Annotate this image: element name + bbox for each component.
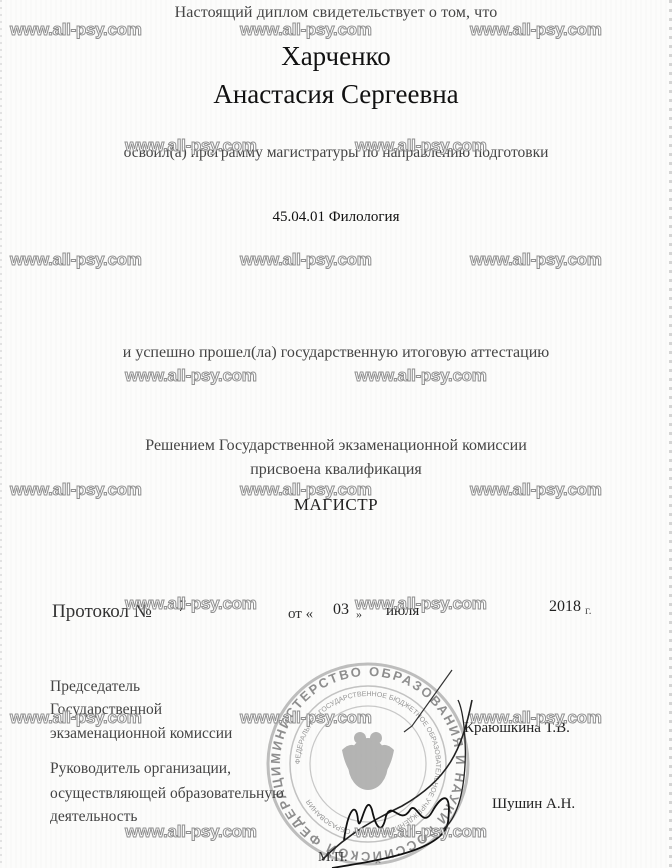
protocol-year-suffix: г.: [585, 603, 592, 618]
chair-title-line-1: Председатель: [50, 678, 140, 696]
watermark: www.all-psy.com: [355, 136, 487, 156]
watermark: www.all-psy.com: [125, 136, 257, 156]
seal-place-label: М.П.: [318, 850, 348, 866]
qualification-awarded-line: присвоена квалификация: [0, 461, 672, 479]
graduate-surname: Харченко: [0, 41, 672, 72]
watermark: www.all-psy.com: [470, 250, 602, 270]
watermark: www.all-psy.com: [125, 822, 257, 842]
eagle-emblem-icon: [342, 732, 394, 790]
protocol-day: 03: [333, 601, 349, 619]
watermark: www.all-psy.com: [355, 366, 487, 386]
watermark: www.all-psy.com: [470, 708, 602, 728]
protocol-year: 2018: [549, 598, 581, 616]
watermark: www.all-psy.com: [125, 366, 257, 386]
commission-decision-line: Решением Государственной экзаменационной…: [0, 437, 672, 455]
watermark: www.all-psy.com: [355, 594, 487, 614]
head-name: Шушин А.Н.: [492, 796, 575, 813]
watermark: www.all-psy.com: [240, 708, 372, 728]
watermark: www.all-psy.com: [240, 20, 372, 40]
watermark: www.all-psy.com: [470, 20, 602, 40]
protocol-from-label: от «: [288, 606, 313, 623]
watermark: www.all-psy.com: [240, 250, 372, 270]
watermark: www.all-psy.com: [240, 480, 372, 500]
watermark: www.all-psy.com: [125, 594, 257, 614]
watermark: www.all-psy.com: [10, 708, 142, 728]
watermark: www.all-psy.com: [10, 20, 142, 40]
head-title-line-2: осуществляющей образовательную: [50, 785, 284, 803]
head-title-line-1: Руководитель организации,: [50, 760, 231, 778]
graduate-given-names: Анастасия Сергеевна: [0, 79, 672, 110]
watermark: www.all-psy.com: [10, 480, 142, 500]
watermark: www.all-psy.com: [470, 480, 602, 500]
program-code-name: 45.04.01 Филология: [0, 209, 672, 226]
mastered-program-line: освоил(а) программу магистратуры по напр…: [0, 144, 672, 162]
watermark: www.all-psy.com: [10, 250, 142, 270]
attestation-line: и успешно прошел(ла) государственную ито…: [0, 344, 672, 362]
scan-edge-left: [0, 0, 2, 868]
watermark: www.all-psy.com: [355, 822, 487, 842]
